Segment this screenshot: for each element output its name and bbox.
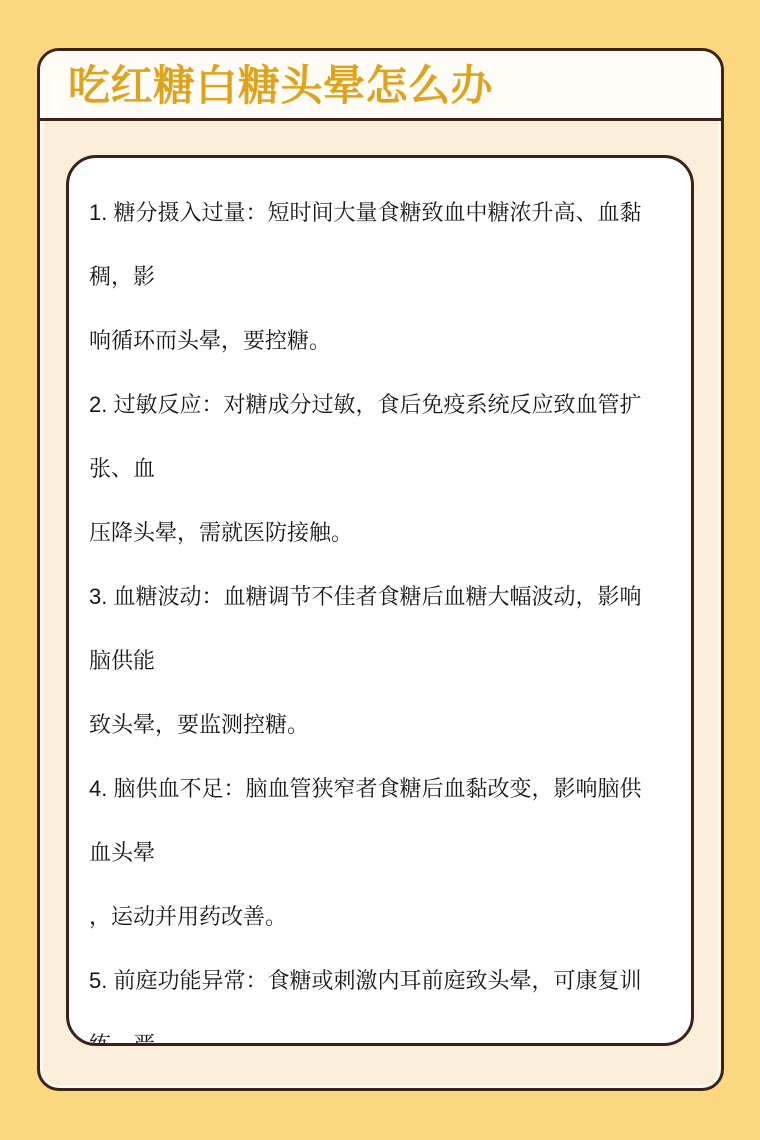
card-body: 1. 糖分摄入过量：短时间大量食糖致血中糖浓升高、血黏稠，影 响循环而头晕，要控… <box>40 121 721 1088</box>
card-header: 吃红糖白糖头晕怎么办 <box>40 51 721 121</box>
page-background: { "theme": { "page_bg": "#FBD87F", "card… <box>0 0 760 1140</box>
info-card: 吃红糖白糖头晕怎么办 1. 糖分摄入过量：短时间大量食糖致血中糖浓升高、血黏稠，… <box>37 48 724 1091</box>
list-item: 4. 脑供血不足：脑血管狭窄者食糖后血黏改变，影响脑供血头晕 ，运动并用药改善。 <box>89 757 655 949</box>
page-title: 吃红糖白糖头晕怎么办 <box>68 63 493 107</box>
list-item: 3. 血糖波动：血糖调节不佳者食糖后血糖大幅波动，影响脑供能 致头晕，要监测控糖… <box>89 565 655 757</box>
list-item: 2. 过敏反应：对糖成分过敏，食后免疫系统反应致血管扩张、血 压降头晕，需就医防… <box>89 373 655 565</box>
list-item: 1. 糖分摄入过量：短时间大量食糖致血中糖浓升高、血黏稠，影 响循环而头晕，要控… <box>89 181 655 373</box>
list-item: 5. 前庭功能异常：食糖或刺激内耳前庭致头晕，可康复训练，严 重时用药缓解。 <box>89 949 655 1046</box>
content-panel: 1. 糖分摄入过量：短时间大量食糖致血中糖浓升高、血黏稠，影 响循环而头晕，要控… <box>66 155 694 1046</box>
